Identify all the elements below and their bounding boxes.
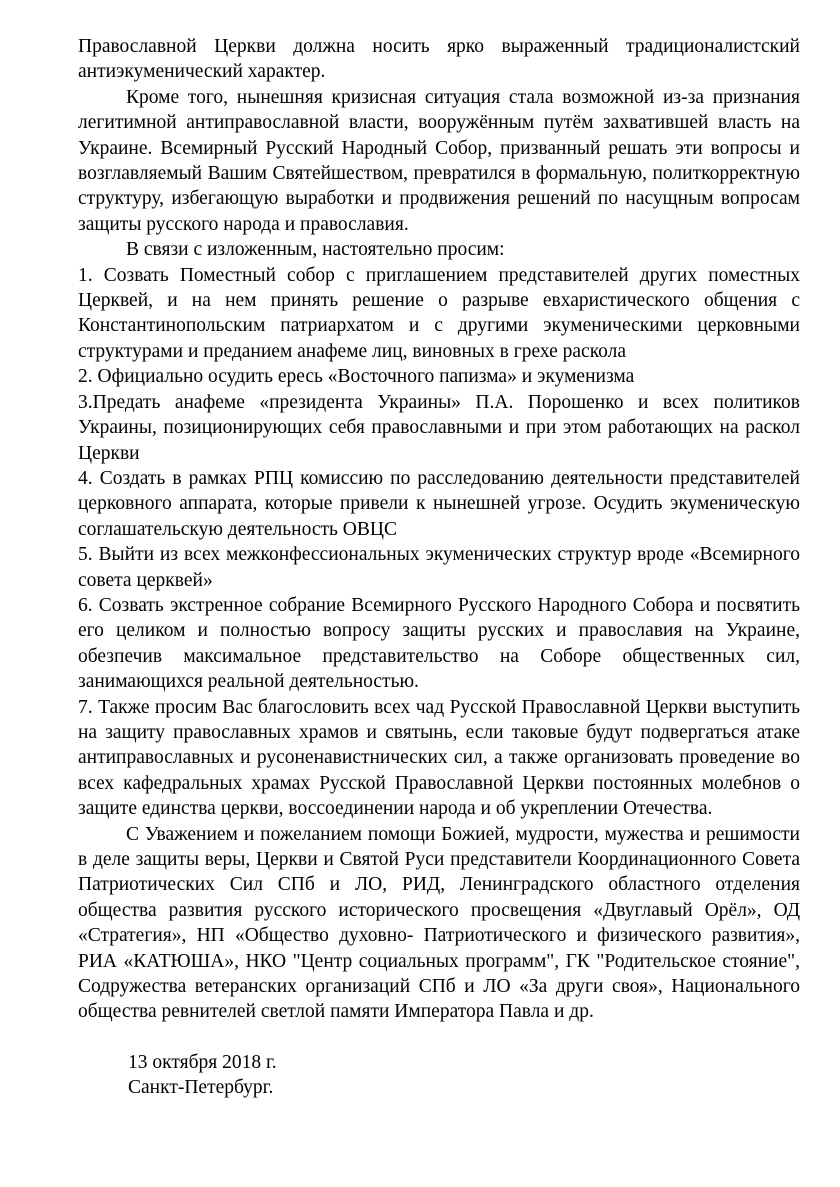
demand-item-4: 4. Создать в рамках РПЦ комиссию по расс… [78, 466, 800, 542]
paragraph-request-intro: В связи с изложенным, настоятельно проси… [78, 237, 800, 262]
document-city: Санкт-Петербург. [128, 1075, 800, 1100]
document-page: Православной Церкви должна носить ярко в… [0, 0, 840, 1187]
paragraph-continuation: Православной Церкви должна носить ярко в… [78, 34, 800, 85]
demand-item-1: 1. Созвать Поместный собор с приглашение… [78, 263, 800, 365]
document-date: 13 октября 2018 г. [128, 1050, 800, 1075]
demand-item-7: 7. Также просим Вас благословить всех ча… [78, 695, 800, 822]
date-place-block: 13 октября 2018 г. Санкт-Петербург. [128, 1050, 800, 1101]
demand-item-5: 5. Выйти из всех межконфессиональных эку… [78, 542, 800, 593]
paragraph-closing-signatories: С Уважением и пожеланием помощи Божией, … [78, 822, 800, 1025]
paragraph-context: Кроме того, нынешняя кризисная ситуация … [78, 85, 800, 237]
demand-item-3: 3.Предать анафеме «президента Украины» П… [78, 390, 800, 466]
demand-item-2: 2. Официально осудить ересь «Восточного … [78, 364, 800, 389]
demand-item-6: 6. Созвать экстренное собрание Всемирног… [78, 593, 800, 695]
